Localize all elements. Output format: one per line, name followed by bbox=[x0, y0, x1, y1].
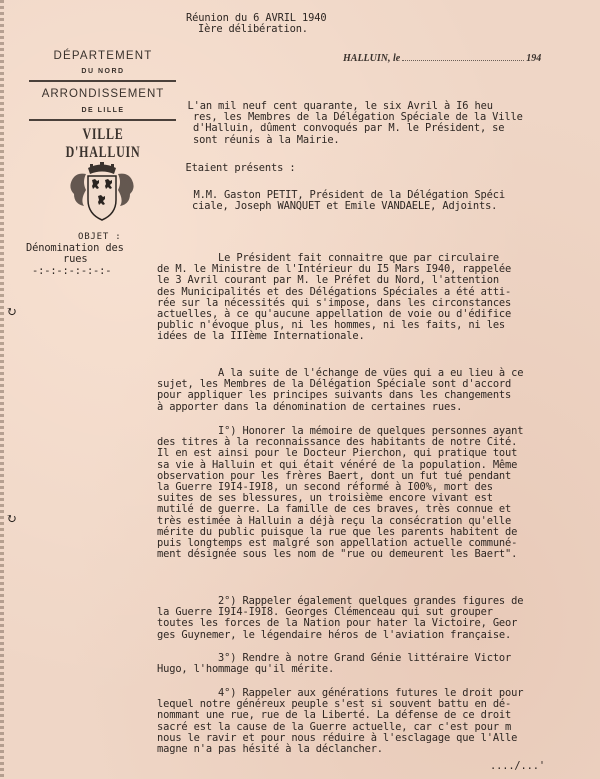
deliberation-number: Ière délibération. bbox=[186, 24, 326, 35]
text-line: d'Halluin, dûment convoqués par M. le Pr… bbox=[193, 123, 523, 134]
text-line: idées de la IIIème Internationale. bbox=[157, 331, 511, 342]
paragraph-principle-4: 4°) Rappeler aux générations futures le … bbox=[157, 688, 523, 755]
paragraph-principle-3: 3°) Rendre à notre Grand Génie littérair… bbox=[157, 653, 511, 675]
text-line: toutes les forces de la Nation pour hate… bbox=[157, 618, 523, 629]
text-line: ciale, Joseph WANQUET et Emile VANDAELE,… bbox=[192, 201, 505, 212]
paragraph-principle-1: I°) Honorer la mémoire de quelques perso… bbox=[157, 426, 523, 560]
subject-separator: -:-:-:-:-:-:- bbox=[32, 266, 111, 277]
letterhead-city: VILLE D'HALLUIN bbox=[47, 126, 160, 162]
text-line: ges Guynemer, le légendaire héros de l'a… bbox=[157, 630, 523, 641]
text-line: Il en est ainsi pour le Docteur Pierchon… bbox=[157, 448, 523, 459]
letterhead-arrondissement: ARRONDISSEMENT bbox=[28, 88, 178, 100]
text-line: mutilé de guerre. La famille de ces brav… bbox=[157, 504, 523, 515]
subject-line: rues bbox=[63, 254, 87, 265]
letterhead-department: DÉPARTEMENT bbox=[28, 50, 178, 62]
continuation-mark: ..../...' bbox=[490, 761, 545, 772]
staple-hole-icon: ↻ bbox=[6, 512, 17, 527]
place-label: HALLUIN, le bbox=[343, 53, 400, 64]
paragraph-principle-2: 2°) Rappeler également quelques grandes … bbox=[157, 596, 523, 641]
text-line: le 3 Avril courant par M. le Préfet du N… bbox=[157, 275, 511, 286]
paragraph-opening: L'an mil neuf cent quarante, le six Avri… bbox=[193, 101, 523, 146]
text-line: Etaient présents : bbox=[155, 163, 295, 174]
date-blank-line bbox=[402, 53, 524, 61]
letterhead-divider bbox=[29, 119, 176, 121]
meeting-header: Réunion du 6 AVRIL 1940 Ière délibératio… bbox=[186, 13, 326, 35]
text-line: Hugo, l'hommage qu'il mérite. bbox=[157, 664, 511, 675]
paragraph-agreement: A la suite de l'échange de vües qui a eu… bbox=[157, 368, 523, 413]
place-date-line: HALLUIN, le 194 bbox=[343, 53, 541, 64]
text-line: nommant une rue, rue de la Liberté. La d… bbox=[157, 710, 523, 721]
paragraph-attendees-label: Etaient présents : bbox=[187, 163, 295, 174]
letterhead-arrondissement-sub: DE LILLE bbox=[28, 107, 178, 114]
paragraph-circular: Le Président fait connaitre que par circ… bbox=[157, 253, 511, 343]
halluin-coat-of-arms-icon bbox=[66, 160, 138, 224]
page-binding-edge bbox=[0, 0, 4, 779]
text-line: magne n'a pas hésité à la déclancher. bbox=[157, 744, 523, 755]
year-prefix: 194 bbox=[526, 53, 541, 64]
letterhead-divider bbox=[29, 80, 176, 82]
staple-hole-icon: ↻ bbox=[6, 305, 17, 320]
text-line: pour appliquer les principes suivants da… bbox=[157, 390, 523, 401]
paragraph-attendees: M.M. Gaston PETIT, Président de la Délég… bbox=[192, 190, 505, 212]
text-line: ment désignée sous les nom de "rue ou de… bbox=[157, 549, 523, 560]
text-line: à apporter dans la dénomination de certa… bbox=[157, 402, 523, 413]
text-line: sont réunis à la Mairie. bbox=[193, 135, 523, 146]
letterhead-department-sub: DU NORD bbox=[28, 68, 178, 75]
